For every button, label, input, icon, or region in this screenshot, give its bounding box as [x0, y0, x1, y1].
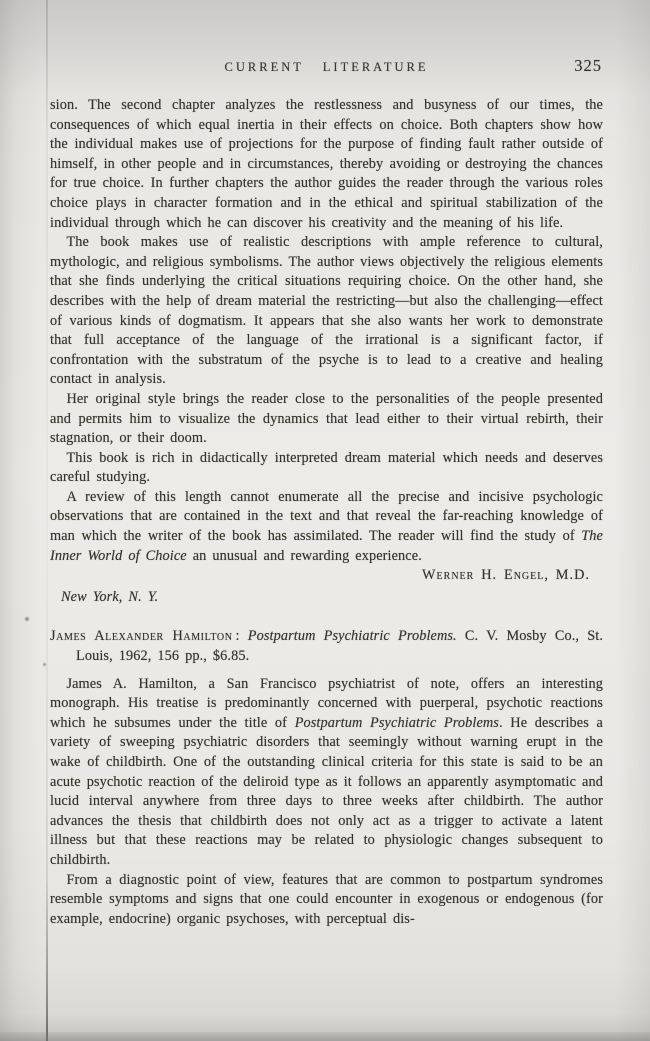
scanned-journal-page: CURRENT LITERATURE325 sion. The second c…	[0, 0, 650, 1041]
page-header: CURRENT LITERATURE325	[50, 60, 603, 75]
page-number: 325	[574, 56, 602, 76]
review2-paragraph-2: From a diagnostic point of view, feature…	[50, 871, 603, 930]
page-content: CURRENT LITERATURE325 sion. The second c…	[50, 60, 603, 929]
paragraph-text: an unusual and rewarding experience.	[187, 548, 422, 564]
review1-paragraph-2: The book makes use of realistic descript…	[50, 233, 603, 390]
book-title-italic: Postpartum Psychiatric Problems.	[248, 628, 457, 644]
review1-paragraph-1: sion. The second chapter analyzes the re…	[50, 96, 603, 233]
reviewer-signature: Werner H. Engel, M.D.	[50, 566, 603, 586]
paragraph-text: . He describes a variety of sweeping psy…	[50, 715, 603, 868]
review-author-smallcaps: James Alexander Hamilton	[50, 628, 233, 644]
scan-artifact-speck	[25, 617, 29, 621]
paragraph-text: A review of this length cannot enumerate…	[50, 489, 603, 544]
review2-citation: James Alexander Hamilton : Postpartum Ps…	[50, 627, 603, 666]
review1-paragraph-4: This book is rich in didactically interp…	[50, 449, 603, 488]
review2-paragraph-1: James A. Hamilton, a San Francisco psych…	[50, 675, 603, 871]
reviews-body: sion. The second chapter analyzes the re…	[50, 96, 603, 929]
scan-artifact-speck	[43, 663, 46, 666]
book-title-italic: Postpartum Psychiatric Problems	[295, 715, 499, 731]
review1-paragraph-5: A review of this length cannot enumerate…	[50, 488, 603, 566]
reviewer-location: New York, N. Y.	[50, 588, 603, 608]
review1-paragraph-3: Her original style brings the reader clo…	[50, 390, 603, 449]
running-head-title: CURRENT LITERATURE	[50, 60, 603, 75]
page-crease	[46, 0, 48, 1041]
citation-separator: :	[233, 628, 248, 644]
page-bottom-shadow	[0, 1032, 650, 1041]
